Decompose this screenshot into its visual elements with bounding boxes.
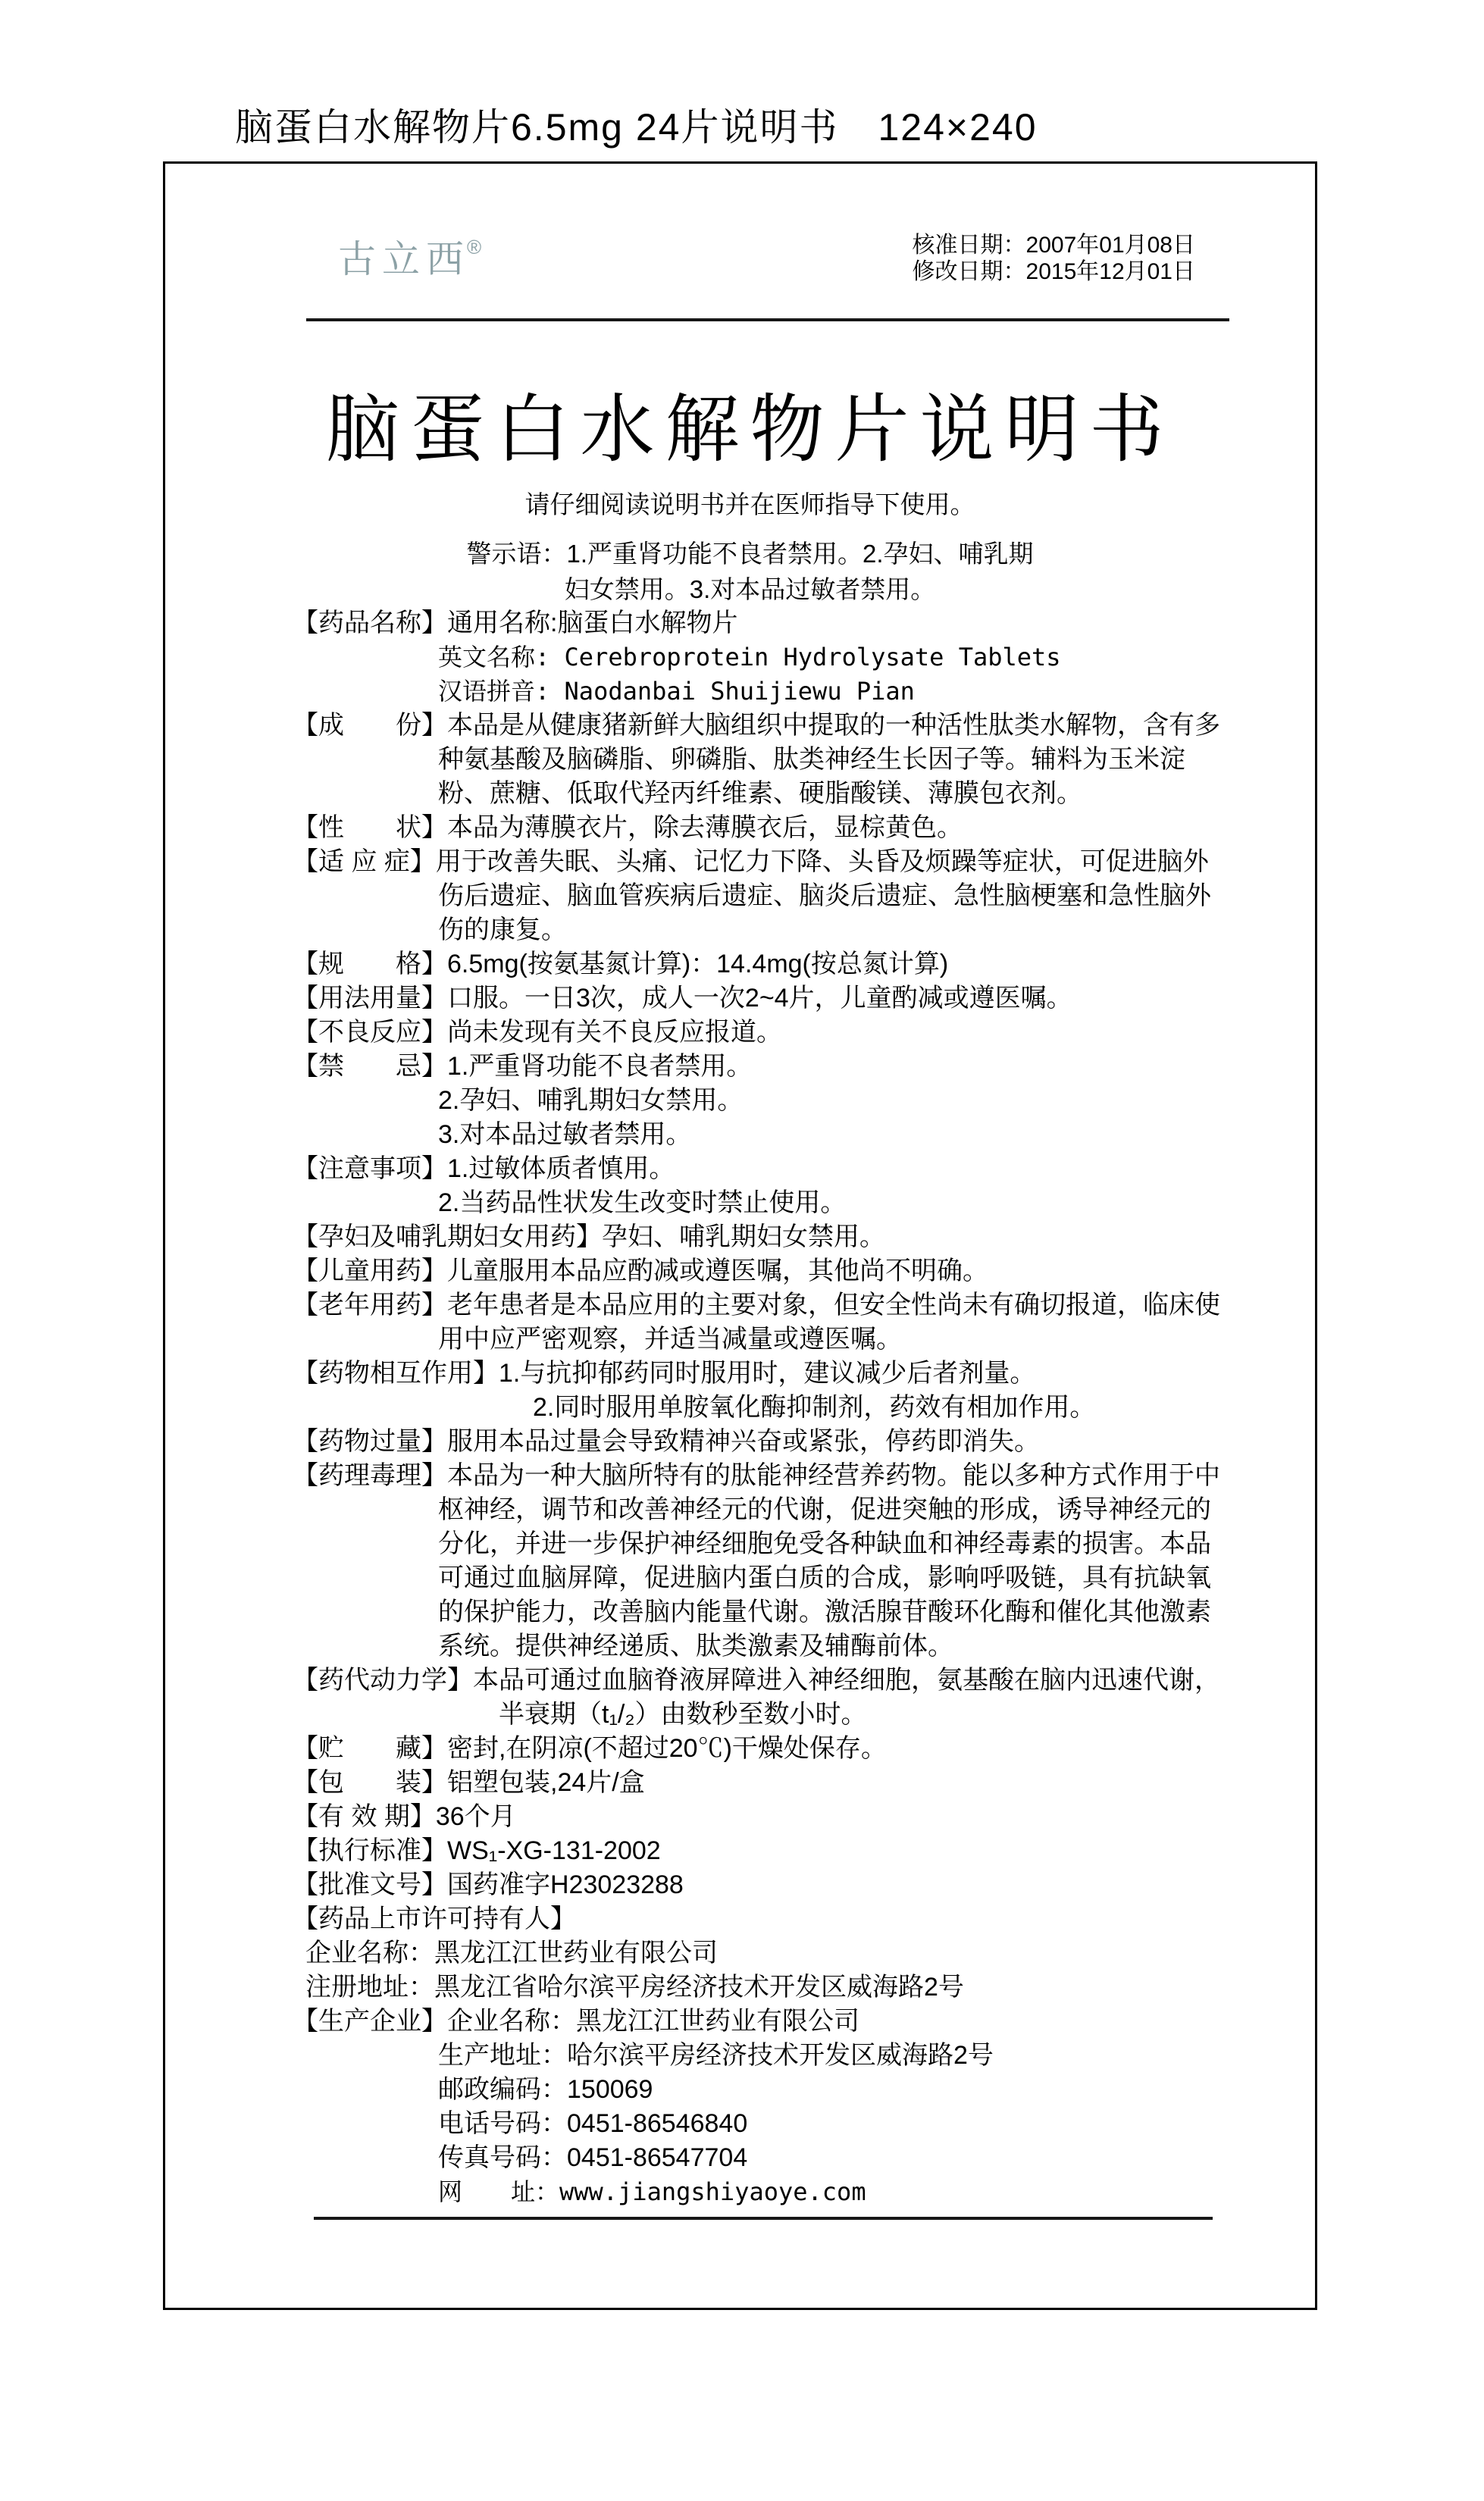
- body-line: 枢神经，调节和改善神经元的代谢，促进突触的形成，诱导神经元的: [165, 1493, 1315, 1527]
- body-line: 3.对本品过敏者禁用。: [165, 1118, 1315, 1152]
- brand-name: 古立西: [338, 238, 470, 280]
- body-line: 电话号码：0451-86546840: [165, 2107, 1315, 2141]
- footer-divider: [314, 2217, 1213, 2220]
- body-line: 的保护能力，改善脑内能量代谢。激活腺苷酸环化酶和催化其他激素: [165, 1595, 1315, 1629]
- body-line: 【不良反应】尚未发现有关不良反应报道。: [165, 1016, 1315, 1050]
- body-line: 用中应严密观察，并适当减量或遵医嘱。: [165, 1322, 1315, 1357]
- leaflet-page: 脑蛋白水解物片6.5mg 24片说明书 124×240 古立西® 核准日期：20…: [0, 0, 1484, 2501]
- body-line: 【批准文号】国药准字H23023288: [165, 1868, 1315, 1902]
- body-line: 2.当药品性状发生改变时禁止使用。: [165, 1186, 1315, 1220]
- body-line: 粉、蔗糖、低取代羟丙纤维素、硬脂酸镁、薄膜包衣剂。: [165, 777, 1315, 811]
- body-line: 【药品名称】通用名称:脑蛋白水解物片: [165, 606, 1315, 640]
- body-line: 注册地址：黑龙江省哈尔滨平房经济技术开发区威海路2号: [165, 1970, 1315, 2005]
- body-line: 【用法用量】口服。一日3次，成人一次2~4片，儿童酌减或遵医嘱。: [165, 981, 1315, 1016]
- body-line: 伤的康复。: [165, 913, 1315, 947]
- brand-logo: 古立西®: [338, 229, 484, 283]
- body-line: 2.同时服用单胺氧化酶抑制剂，药效有相加作用。: [165, 1391, 1315, 1425]
- body-line: 【注意事项】1.过敏体质者慎用。: [165, 1152, 1315, 1186]
- body-line: 【药品上市许可持有人】: [165, 1902, 1315, 1936]
- header-divider: [306, 318, 1229, 321]
- body-line: 【贮 藏】密封,在阴凉(不超过20℃)干燥处保存。: [165, 1732, 1315, 1766]
- body-line: 【有 效 期】36个月: [165, 1800, 1315, 1834]
- warning-line-2: 妇女禁用。3.对本品过敏者禁用。: [165, 570, 1315, 606]
- body-line: 分化，并进一步保护神经细胞免受各种缺血和神经毒素的损害。本品: [165, 1527, 1315, 1561]
- revision-date-value: 2015年12月01日: [1026, 259, 1195, 284]
- body-line: 2.孕妇、哺乳期妇女禁用。: [165, 1084, 1315, 1118]
- body-line: 可通过血脑屏障，促进脑内蛋白质的合成，影响呼吸链，具有抗缺氧: [165, 1561, 1315, 1595]
- body-line: 企业名称：黑龙江江世药业有限公司: [165, 1936, 1315, 1970]
- dates-block: 核准日期：2007年01月08日 修改日期：2015年12月01日: [913, 232, 1195, 285]
- body-line: 生产地址：哈尔滨平房经济技术开发区威海路2号: [165, 2039, 1315, 2073]
- leaflet-body: 【药品名称】通用名称:脑蛋白水解物片英文名称: Cerebroprotein H…: [165, 606, 1315, 2209]
- body-line: 【药理毒理】本品为一种大脑所特有的肽能神经营养药物。能以多种方式作用于中: [165, 1459, 1315, 1493]
- leaflet-title: 脑蛋白水解物片说明书: [165, 370, 1315, 477]
- body-line: 传真号码：0451-86547704: [165, 2141, 1315, 2175]
- body-line: 【孕妇及哺乳期妇女用药】孕妇、哺乳期妇女禁用。: [165, 1220, 1315, 1254]
- body-line: 【成 份】本品是从健康猪新鲜大脑组织中提取的一种活性肽类水解物，含有多: [165, 709, 1315, 743]
- body-line: 系统。提供神经递质、肽类激素及辅酶前体。: [165, 1629, 1315, 1664]
- body-line: 【禁 忌】1.严重肾功能不良者禁用。: [165, 1050, 1315, 1084]
- approval-date-row: 核准日期：2007年01月08日: [913, 232, 1195, 258]
- body-line: 【药物过量】服用本品过量会导致精神兴奋或紧张，停药即消失。: [165, 1425, 1315, 1459]
- registered-trademark-icon: ®: [467, 236, 481, 258]
- body-line: 【性 状】本品为薄膜衣片，除去薄膜衣后，显棕黄色。: [165, 811, 1315, 845]
- body-line: 【儿童用药】儿童服用本品应酌减或遵医嘱，其他尚不明确。: [165, 1254, 1315, 1288]
- body-line: 【药代动力学】本品可通过血脑脊液屏障进入神经细胞，氨基酸在脑内迅速代谢，: [165, 1664, 1315, 1698]
- revision-date-row: 修改日期：2015年12月01日: [913, 258, 1195, 285]
- body-line: 网 址：www.jiangshiyaoye.com: [165, 2175, 1315, 2209]
- body-line: 【执行标准】WS₁-XG-131-2002: [165, 1834, 1315, 1868]
- body-line: 邮政编码：150069: [165, 2073, 1315, 2107]
- body-line: 伤后遗症、脑血管疾病后遗症、脑炎后遗症、急性脑梗塞和急性脑外: [165, 879, 1315, 913]
- page-title: 脑蛋白水解物片6.5mg 24片说明书 124×240: [235, 97, 1038, 152]
- body-line: 【药物相互作用】1.与抗抑郁药同时服用时，建议减少后者剂量。: [165, 1357, 1315, 1391]
- leaflet-box: 古立西® 核准日期：2007年01月08日 修改日期：2015年12月01日 脑…: [163, 161, 1317, 2310]
- body-line: 半衰期（t₁/₂）由数秒至数小时。: [165, 1698, 1315, 1732]
- body-line: 种氨基酸及脑磷脂、卵磷脂、肽类神经生长因子等。辅料为玉米淀: [165, 743, 1315, 777]
- body-line: 【生产企业】企业名称：黑龙江江世药业有限公司: [165, 2005, 1315, 2039]
- body-line: 【规 格】6.5mg(按氨基氮计算)：14.4mg(按总氮计算): [165, 947, 1315, 981]
- body-line: 【包 装】铝塑包装,24片/盒: [165, 1766, 1315, 1800]
- body-line: 【老年用药】老年患者是本品应用的主要对象，但安全性尚未有确切报道，临床使: [165, 1288, 1315, 1322]
- body-line: 【适 应 症】用于改善失眠、头痛、记忆力下降、头昏及烦躁等症状，可促进脑外: [165, 845, 1315, 879]
- approval-date-label: 核准日期：: [913, 233, 1026, 258]
- approval-date-value: 2007年01月08日: [1026, 233, 1195, 258]
- body-line: 英文名称: Cerebroprotein Hydrolysate Tablets: [165, 640, 1315, 675]
- revision-date-label: 修改日期：: [913, 259, 1026, 284]
- warning-line-1: 警示语：1.严重肾功能不良者禁用。2.孕妇、哺乳期: [165, 534, 1315, 570]
- read-notice: 请仔细阅读说明书并在医师指导下使用。: [165, 485, 1315, 521]
- body-line: 汉语拼音: Naodanbai Shuijiewu Pian: [165, 675, 1315, 709]
